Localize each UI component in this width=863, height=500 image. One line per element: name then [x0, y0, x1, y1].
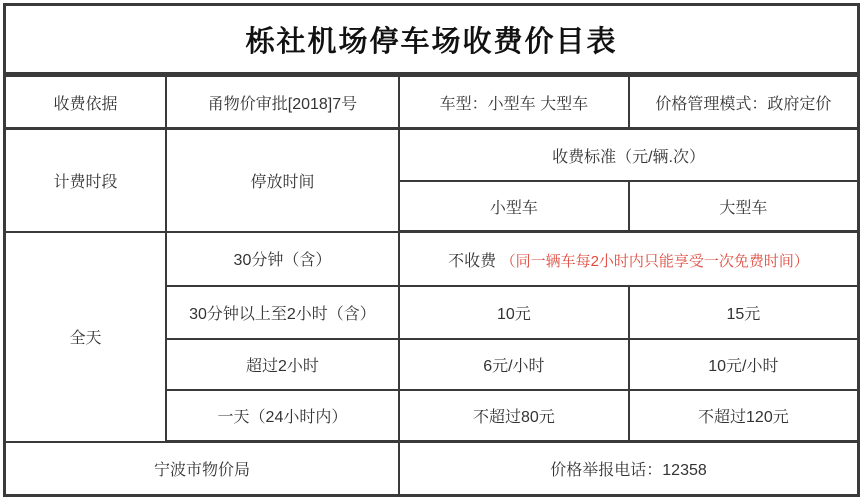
- large-vehicle-fee-cell: 10元/小时: [629, 339, 859, 390]
- free-fee-cell: 不收费 （同一辆车每2小时内只能享受一次免费时间）: [399, 232, 858, 286]
- bureau-name: 宁波市物价局: [5, 442, 400, 496]
- page: 栎社机场停车场收费价目表 收费依据 甬物价审批[2018]7号 车型：小型车 大…: [0, 0, 863, 500]
- free-fee-note: （同一辆车每2小时内只能享受一次免费时间）: [501, 253, 809, 270]
- standard-column-header: 收费标准（元/辆.次）: [399, 129, 858, 182]
- duration-cell: 超过2小时: [166, 339, 399, 390]
- parking-fee-table: 栎社机场停车场收费价目表 收费依据 甬物价审批[2018]7号 车型：小型车 大…: [3, 3, 860, 497]
- table-row: 全天 30分钟（含） 不收费 （同一辆车每2小时内只能享受一次免费时间）: [5, 232, 859, 286]
- page-title: 栎社机场停车场收费价目表: [5, 5, 859, 75]
- duration-cell: 30分钟（含）: [166, 232, 399, 286]
- small-vehicle-fee-cell: 不超过80元: [399, 390, 629, 442]
- small-vehicle-fee-cell: 6元/小时: [399, 339, 629, 390]
- free-fee-label: 不收费: [448, 253, 496, 270]
- report-hotline: 价格举报电话：12358: [399, 442, 858, 496]
- period-value-cell: 全天: [5, 232, 166, 442]
- duration-cell: 30分钟以上至2小时（含）: [166, 286, 399, 340]
- large-vehicle-column-header: 大型车: [629, 181, 859, 232]
- price-mode-value: 价格管理模式：政府定价: [629, 75, 859, 129]
- large-vehicle-fee-cell: 15元: [629, 286, 859, 340]
- vehicle-types-value: 车型：小型车 大型车: [399, 75, 629, 129]
- small-vehicle-fee-cell: 10元: [399, 286, 629, 340]
- small-vehicle-column-header: 小型车: [399, 181, 629, 232]
- large-vehicle-fee-cell: 不超过120元: [629, 390, 859, 442]
- period-column-header: 计费时段: [5, 129, 166, 232]
- fee-basis-value: 甬物价审批[2018]7号: [166, 75, 399, 129]
- duration-cell: 一天（24小时内）: [166, 390, 399, 442]
- fee-basis-label: 收费依据: [5, 75, 166, 129]
- duration-column-header: 停放时间: [166, 129, 399, 232]
